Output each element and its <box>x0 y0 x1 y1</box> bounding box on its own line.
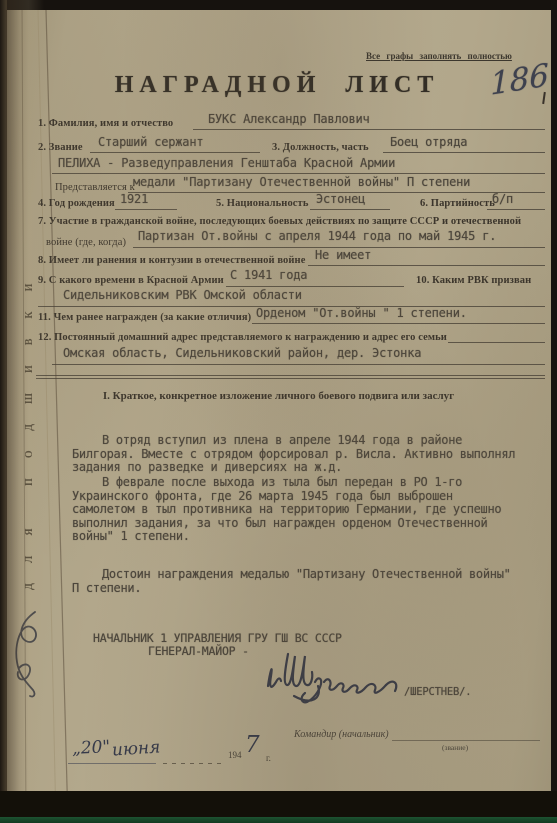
field-8-label: 8. Имеет ли ранения и контузии в отечест… <box>38 255 305 266</box>
citation-paragraph-2: В феврале после выхода из тыла был перед… <box>72 476 520 544</box>
date-underline <box>68 763 156 764</box>
underline <box>448 342 545 343</box>
field-8-value: Не имеет <box>315 248 371 262</box>
field-3-value-continued: ПЕЛИХА - Разведуправления Генштаба Красн… <box>58 156 395 170</box>
field-3-label: 3. Должность, часть <box>272 142 369 153</box>
underline <box>310 209 390 210</box>
field-9-label: 9. С какого времени в Красной Армии <box>38 275 224 286</box>
underline <box>226 286 404 287</box>
field-11-label: 11. Чем ранее награжден (за какие отличи… <box>38 312 251 323</box>
section-divider-top <box>36 375 545 376</box>
field-5-label: 5. Национальность <box>216 198 308 209</box>
margin-vertical-note: ДЛЯ ПОДШИВКИ <box>24 230 40 590</box>
section-divider-bottom <box>36 378 545 379</box>
field-12-value: Омская область, Сидельниковский район, д… <box>63 346 421 360</box>
field-2-label: 2. Звание <box>38 142 83 153</box>
scan-edge-right <box>551 0 557 823</box>
handwritten-month: июня <box>111 737 161 760</box>
underline <box>52 364 545 365</box>
field-1-value: БУКС Александр Павлович <box>208 112 370 126</box>
underline <box>52 173 545 174</box>
field-7-label-line1: 7. Участие в гражданской войне, последую… <box>38 216 521 227</box>
signature-line <box>392 740 540 741</box>
field-10-label: 10. Каким РВК призван <box>416 275 531 286</box>
signer-rank-line: ГЕНЕРАЛ-МАЙОР - <box>148 644 249 658</box>
date-dashes <box>163 763 225 764</box>
underline <box>90 152 260 153</box>
field-11-value: Орденом "От.войны " 1 степени. <box>256 306 467 320</box>
field-2-value: Старший сержант <box>98 135 203 149</box>
underline <box>487 209 545 210</box>
year-suffix: г. <box>266 753 271 763</box>
underline <box>115 209 177 210</box>
underline <box>308 265 545 266</box>
ink-flourish <box>5 606 51 702</box>
scanned-award-sheet: Все графы заполнять полностью 186 НАГРАД… <box>0 0 557 823</box>
scan-edge-top <box>0 0 557 10</box>
printed-year-194: 194 <box>228 750 242 760</box>
field-5-value: Эстонец <box>316 192 365 206</box>
fill-all-fields-note: Все графы заполнять полностью <box>366 51 544 61</box>
underline <box>383 152 545 153</box>
document-title: НАГРАДНОЙ ЛИСТ <box>57 72 497 99</box>
field-4-value: 1921 <box>120 192 148 206</box>
field-3-value: Боец отряда <box>390 135 467 149</box>
field-4-label: 4. Год рождения <box>38 198 115 209</box>
underline <box>252 323 545 324</box>
field-7-label-line2: войне (где, когда) <box>46 237 126 248</box>
signer-surname-typed: /ШЕРСТНЕВ/. <box>404 686 471 698</box>
commander-label: Командир (начальник) <box>294 729 389 740</box>
field-7-value: Партизан От.войны с апреля 1944 года по … <box>138 229 496 243</box>
citation-paragraph-1: В отряд вступил из плена в апреле 1944 г… <box>72 434 520 475</box>
field-10-value: Сидельниковским РВК Омской области <box>63 288 302 302</box>
rank-hint-label: (звание) <box>442 743 468 752</box>
scan-edge-left <box>0 0 7 823</box>
field-12-label: 12. Постоянный домашний адрес представля… <box>38 332 447 343</box>
handwritten-signature <box>260 636 420 712</box>
handwritten-year-digit: 7 <box>245 732 260 758</box>
presented-for-value: медали "Партизану Отечественной войны" П… <box>133 175 470 189</box>
section-1-heading: I. Краткое, конкретное изложение личного… <box>57 390 500 402</box>
scanner-green-strip <box>0 817 557 823</box>
citation-conclusion: Достоин награждения медалью "Партизану О… <box>72 568 520 595</box>
field-9-value: С 1941 года <box>230 268 307 282</box>
underline <box>193 129 545 130</box>
field-6-value: б/п <box>492 192 513 206</box>
handwritten-day: „20" <box>72 737 111 759</box>
field-6-label: 6. Партийность <box>420 198 495 209</box>
paper-page: Все графы заполнять полностью 186 НАГРАД… <box>0 0 557 823</box>
field-1-label: 1. Фамилия, имя и отчество <box>38 118 173 129</box>
